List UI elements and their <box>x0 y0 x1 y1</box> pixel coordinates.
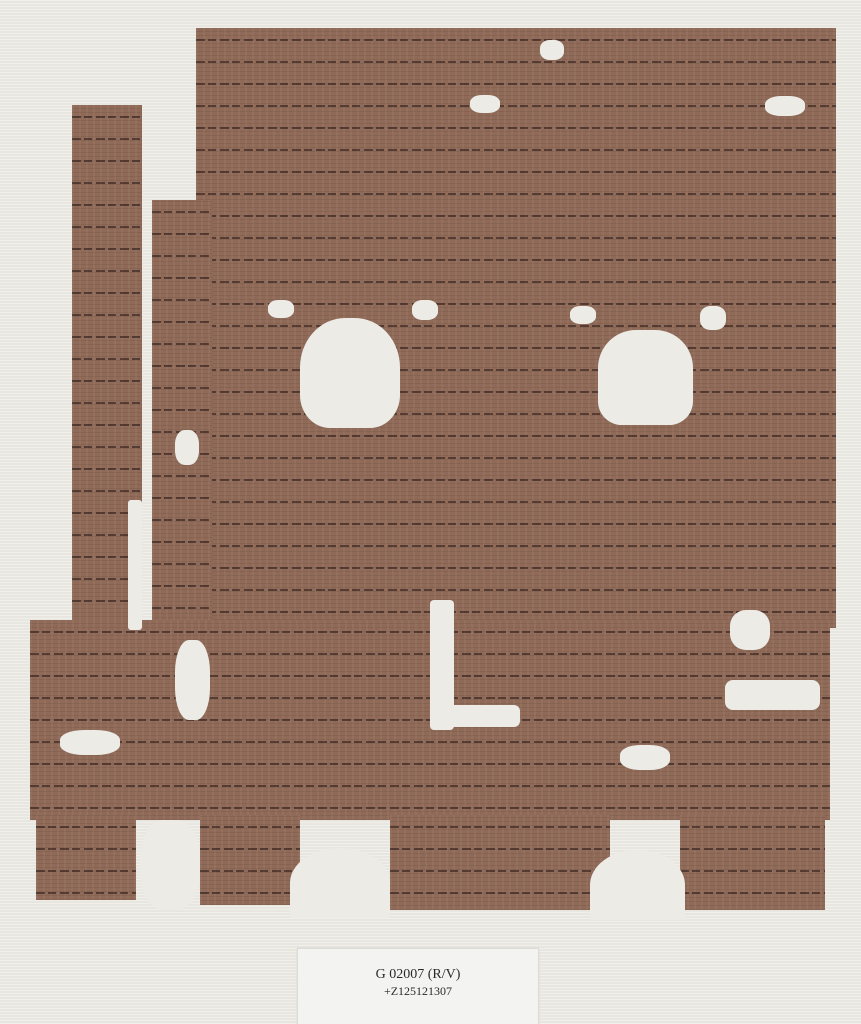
catalog-id: +Z125121307 <box>298 984 538 999</box>
lacuna <box>412 300 438 320</box>
lacuna <box>725 680 820 710</box>
lacuna <box>290 848 390 918</box>
lacuna <box>620 745 670 770</box>
lacuna <box>175 430 199 465</box>
lacuna <box>700 306 726 330</box>
lacuna <box>598 330 693 425</box>
lacuna <box>268 300 294 318</box>
lacuna <box>140 820 200 910</box>
lacuna <box>60 730 120 755</box>
lacuna <box>540 40 564 60</box>
lacuna <box>175 640 210 720</box>
lacuna <box>590 850 685 920</box>
lacuna <box>128 500 142 630</box>
lacuna <box>470 95 500 113</box>
lacuna <box>300 318 400 428</box>
catalog-label: G 02007 (R/V) +Z125121307 <box>297 948 539 1024</box>
lacuna <box>440 705 520 727</box>
lacuna <box>730 610 770 650</box>
inventory-number: G 02007 (R/V) <box>298 967 538 983</box>
lacuna <box>765 96 805 116</box>
lacuna <box>570 306 596 324</box>
